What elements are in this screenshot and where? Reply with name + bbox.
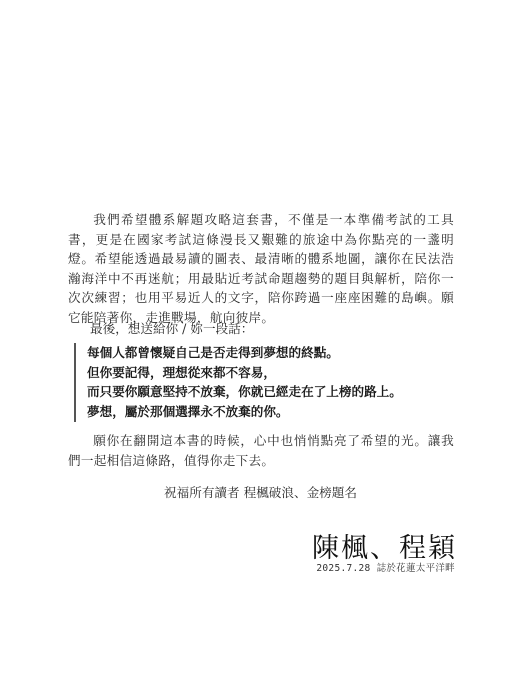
paragraph-hope: 我們希望體系解題攻略這套書，不僅是一本準備考試的工具書，更是在國家考試這條漫長又…: [68, 210, 454, 327]
dateline: 2025.7.28 誌於花蓮太平洋畔: [316, 560, 455, 574]
quote-line: 夢想，屬於那個選擇永不放棄的你。: [87, 402, 402, 422]
paragraph-wish: 願你在翻開這本書的時候，心中也悄悄點亮了希望的光。讓我們一起相信這條路，值得你走…: [68, 431, 454, 470]
blockquote: 每個人都曾懷疑自己是否走得到夢想的終點。 但你要記得，理想從來都不容易， 而只要…: [74, 343, 402, 422]
closing-blessing: 祝福所有讀者 程楓破浪、金榜題名: [0, 484, 517, 502]
quote-line: 但你要記得，理想從來都不容易，: [87, 363, 402, 383]
intro-line: 最後，想送給你 / 妳一段話：: [90, 319, 253, 338]
quote-line: 每個人都曾懷疑自己是否走得到夢想的終點。: [87, 343, 402, 363]
document-page: 我們希望體系解題攻略這套書，不僅是一本準備考試的工具書，更是在國家考試這條漫長又…: [0, 0, 517, 700]
quote-line: 而只要你願意堅持不放棄，你就已經走在了上榜的路上。: [87, 382, 402, 402]
